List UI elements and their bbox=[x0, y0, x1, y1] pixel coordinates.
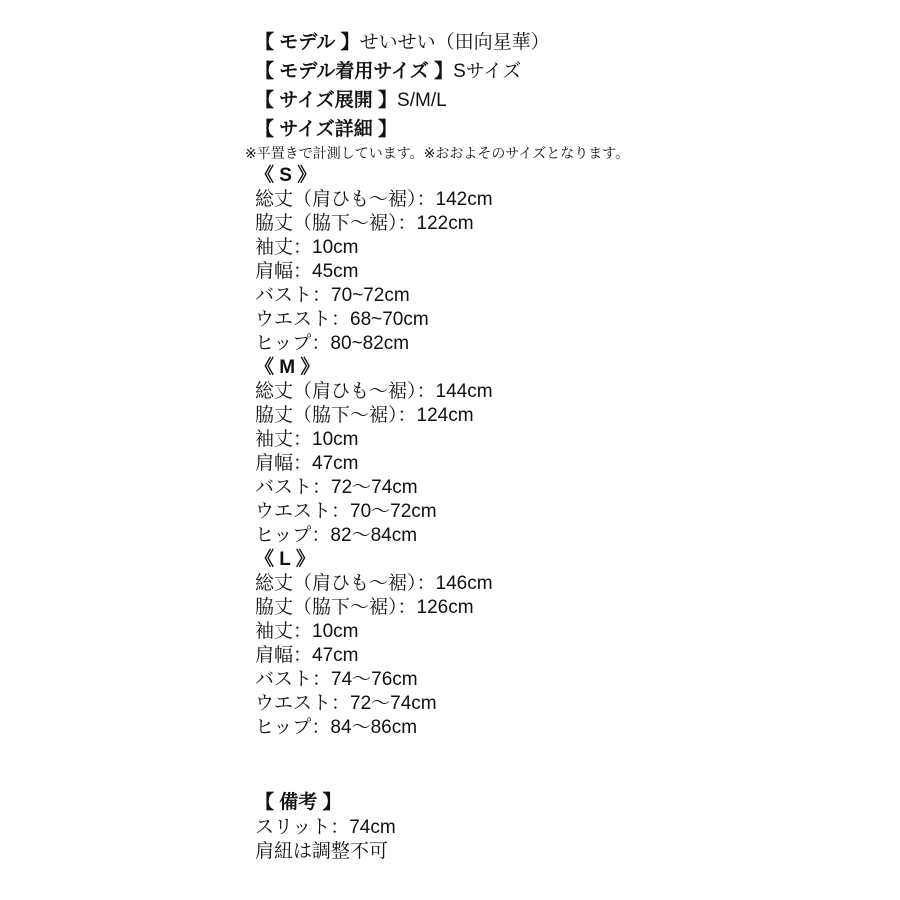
size-row-s-total-length: 総丈（肩ひも〜裾）：142cm bbox=[255, 188, 875, 212]
size-detail-heading-line: 【 サイズ詳細 】 bbox=[255, 115, 875, 144]
size-section-s: 《 S 》 総丈（肩ひも〜裾）：142cm 脇丈（脇下〜裾）：122cm 袖丈：… bbox=[255, 164, 875, 356]
size-row-l-side-length: 脇丈（脇下〜裾）：126cm bbox=[255, 596, 875, 620]
remarks-slit-length: スリット：74cm bbox=[255, 816, 875, 840]
model-wearing-size-line: 【 モデル着用サイズ 】Sサイズ bbox=[255, 57, 875, 86]
size-header-s: 《 S 》 bbox=[255, 164, 875, 188]
size-row-m-bust: バスト：72〜74cm bbox=[255, 476, 875, 500]
size-header-l: 《 L 》 bbox=[255, 548, 875, 572]
size-row-s-sleeve-length: 袖丈：10cm bbox=[255, 236, 875, 260]
size-range-value: S/M/L bbox=[397, 90, 447, 111]
size-row-s-bust: バスト：70~72cm bbox=[255, 284, 875, 308]
size-row-m-waist: ウエスト：70〜72cm bbox=[255, 500, 875, 524]
size-row-l-sleeve-length: 袖丈：10cm bbox=[255, 620, 875, 644]
size-row-l-total-length: 総丈（肩ひも〜裾）：146cm bbox=[255, 572, 875, 596]
size-row-s-waist: ウエスト：68~70cm bbox=[255, 308, 875, 332]
size-row-s-side-length: 脇丈（脇下〜裾）：122cm bbox=[255, 212, 875, 236]
size-row-l-bust: バスト：74〜76cm bbox=[255, 668, 875, 692]
size-section-l: 《 L 》 総丈（肩ひも〜裾）：146cm 脇丈（脇下〜裾）：126cm 袖丈：… bbox=[255, 548, 875, 740]
model-wearing-size-label: 【 モデル着用サイズ 】 bbox=[255, 61, 453, 82]
size-row-m-shoulder-width: 肩幅：47cm bbox=[255, 452, 875, 476]
size-row-s-shoulder-width: 肩幅：45cm bbox=[255, 260, 875, 284]
remarks-section: 【 備考 】 スリット：74cm 肩紐は調整不可 bbox=[255, 790, 875, 864]
size-row-m-side-length: 脇丈（脇下〜裾）：124cm bbox=[255, 404, 875, 428]
size-range-label: 【 サイズ展開 】 bbox=[255, 90, 397, 111]
model-value: せいせい（田向星華） bbox=[360, 32, 550, 53]
product-size-detail-page: 【 モデル 】せいせい（田向星華） 【 モデル着用サイズ 】Sサイズ 【 サイズ… bbox=[0, 0, 900, 900]
size-row-l-waist: ウエスト：72〜74cm bbox=[255, 692, 875, 716]
size-row-l-shoulder-width: 肩幅：47cm bbox=[255, 644, 875, 668]
size-header-m: 《 M 》 bbox=[255, 356, 875, 380]
size-section-m: 《 M 》 総丈（肩ひも〜裾）：144cm 脇丈（脇下〜裾）：124cm 袖丈：… bbox=[255, 356, 875, 548]
size-detail-heading-label: 【 サイズ詳細 】 bbox=[255, 119, 397, 140]
model-label: 【 モデル 】 bbox=[255, 32, 360, 53]
size-row-s-hip: ヒップ：80~82cm bbox=[255, 332, 875, 356]
size-row-m-hip: ヒップ：82〜84cm bbox=[255, 524, 875, 548]
remarks-strap-note: 肩紐は調整不可 bbox=[255, 840, 875, 864]
size-detail-content: 【 モデル 】せいせい（田向星華） 【 モデル着用サイズ 】Sサイズ 【 サイズ… bbox=[255, 28, 875, 864]
measurement-disclaimer: ※平置きで計測しています。※おおよそのサイズとなります。 bbox=[245, 144, 875, 162]
size-row-l-hip: ヒップ：84〜86cm bbox=[255, 716, 875, 740]
size-row-m-sleeve-length: 袖丈：10cm bbox=[255, 428, 875, 452]
size-range-line: 【 サイズ展開 】S/M/L bbox=[255, 86, 875, 115]
size-row-m-total-length: 総丈（肩ひも〜裾）：144cm bbox=[255, 380, 875, 404]
remarks-heading: 【 備考 】 bbox=[255, 790, 875, 816]
model-wearing-size-value: Sサイズ bbox=[453, 61, 521, 82]
model-line: 【 モデル 】せいせい（田向星華） bbox=[255, 28, 875, 57]
